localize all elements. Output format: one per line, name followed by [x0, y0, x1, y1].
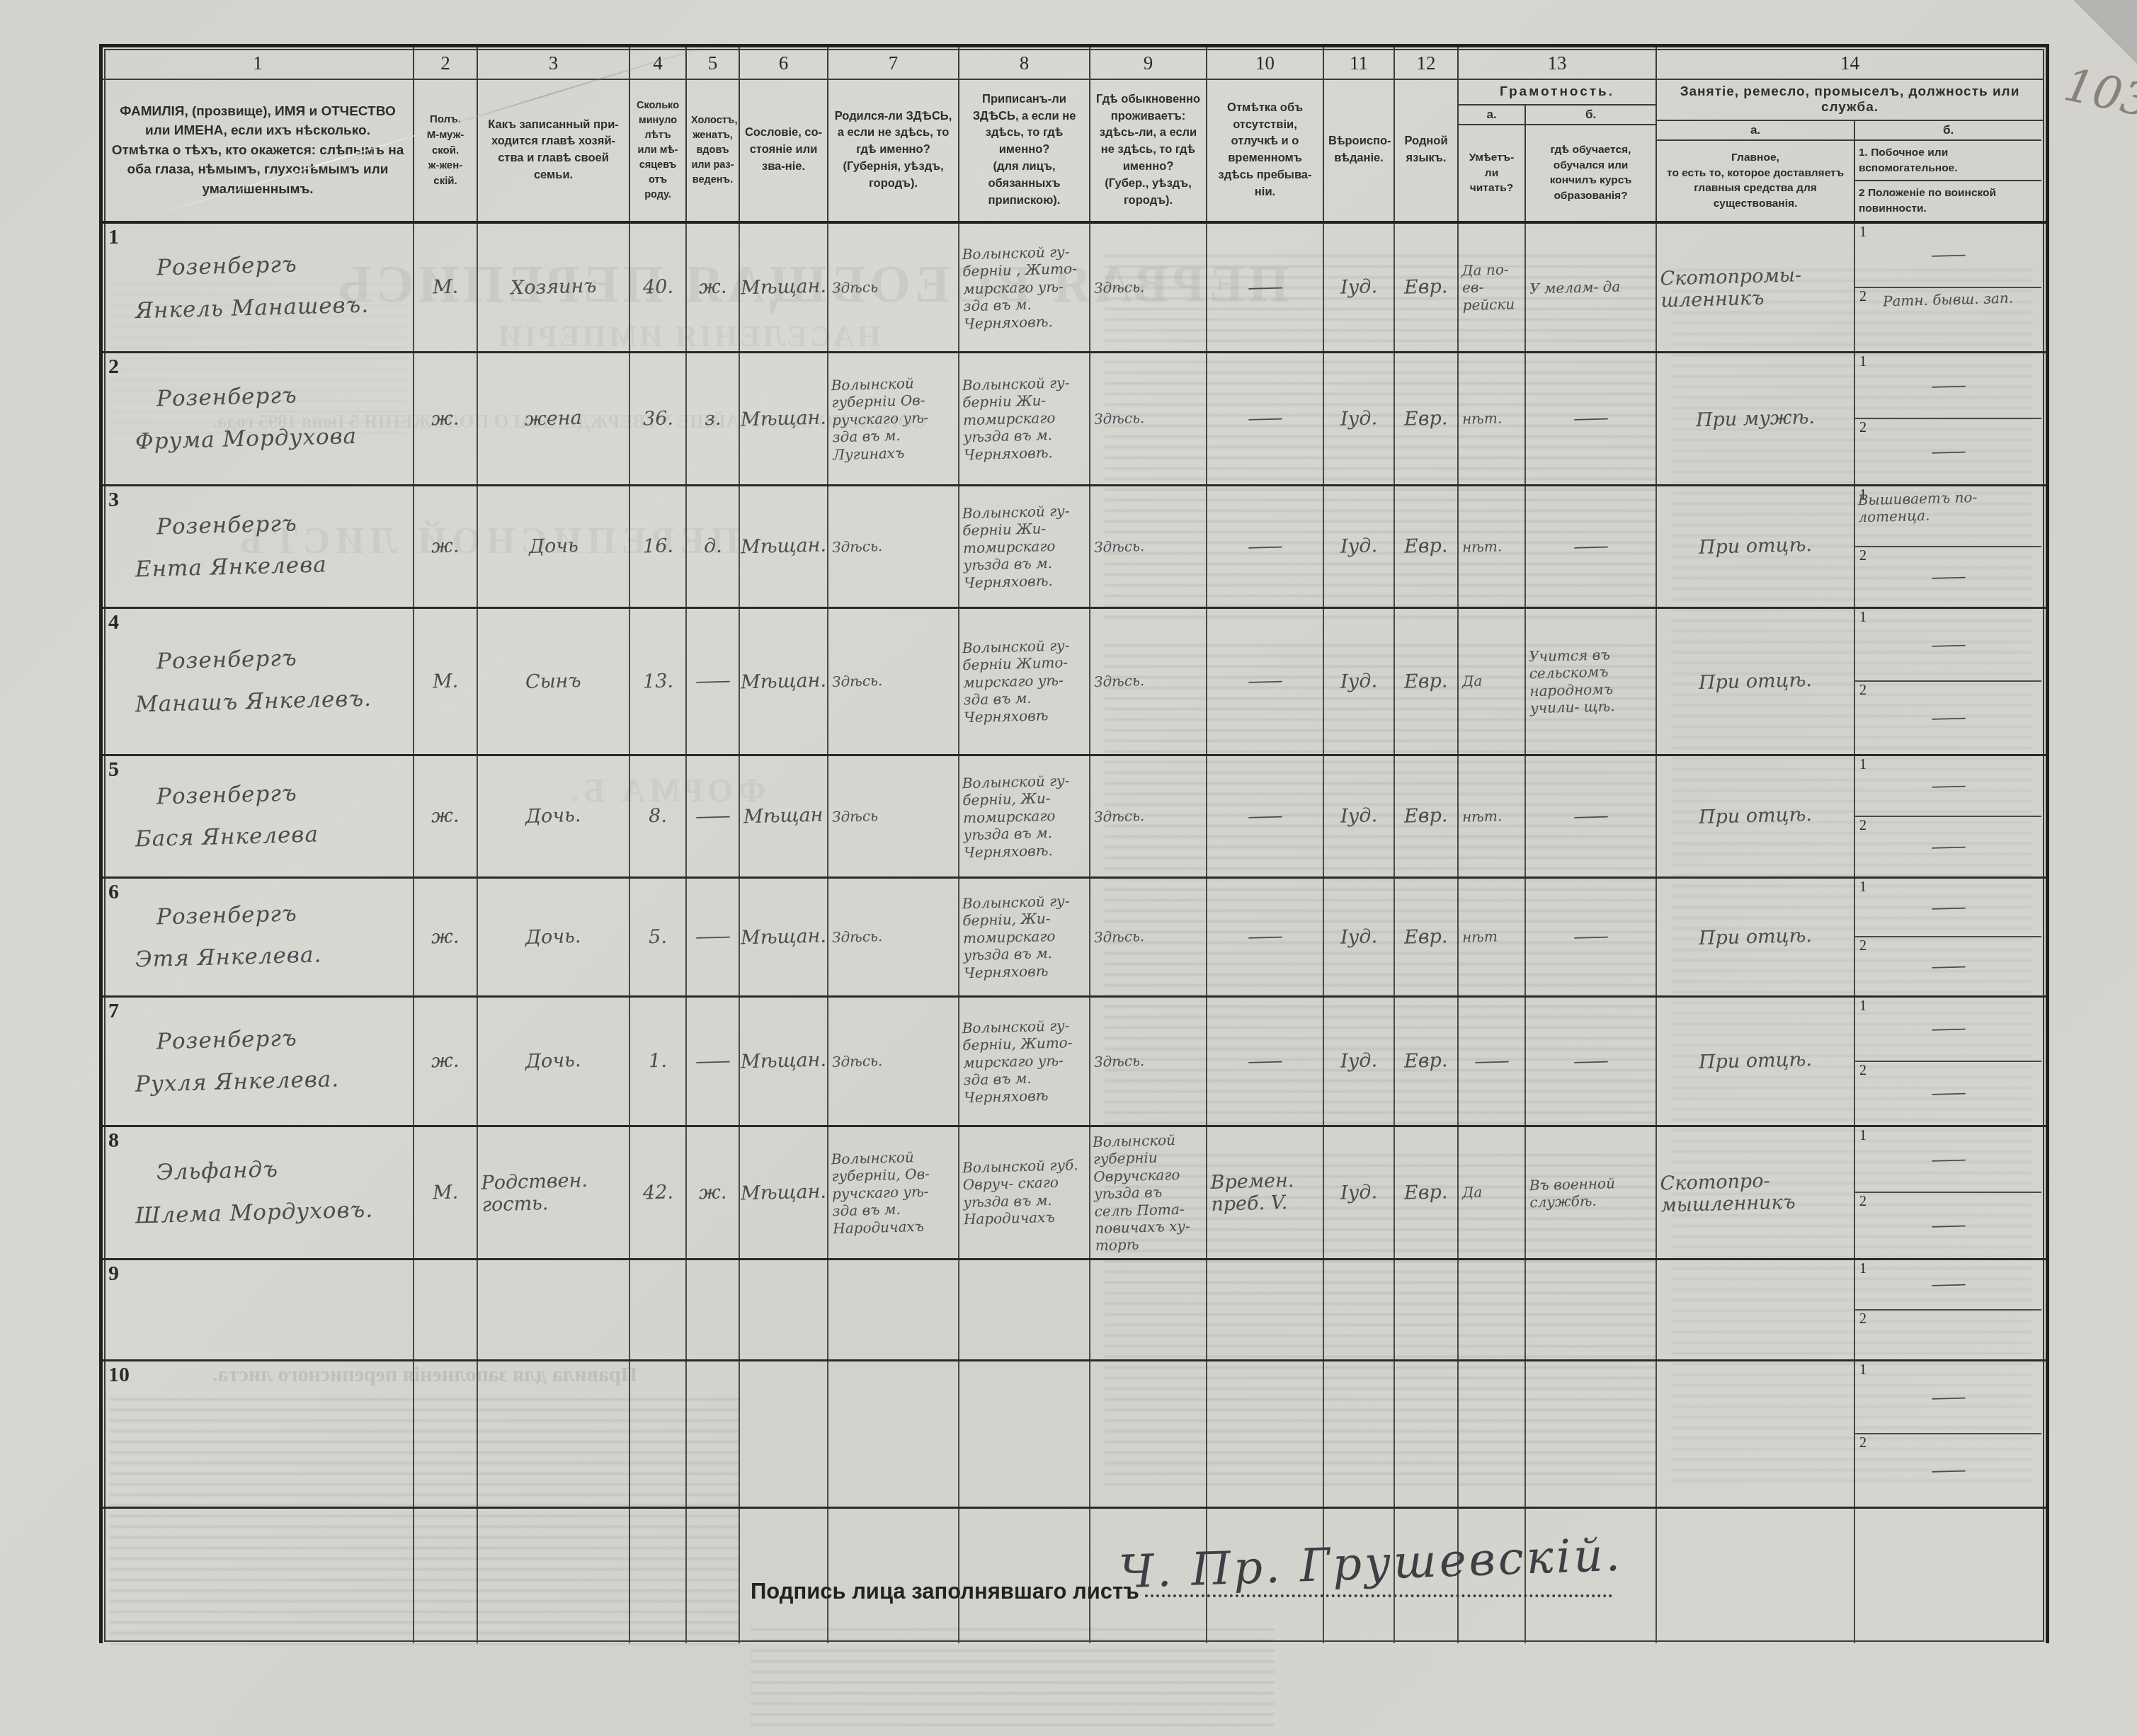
surname-handwritten: Розенбергъ — [156, 638, 297, 683]
cell-can-read: нѣт. — [1459, 486, 1526, 607]
cell-occupation-main: При отцѣ. — [1657, 486, 1855, 607]
cell-occupation-secondary: 1—2— — [1855, 1127, 2041, 1258]
cell-religion: Іуд. — [1324, 1127, 1395, 1258]
subcell-side-occupation: 1— — [1855, 1127, 2041, 1194]
row-number: 9 — [108, 1262, 119, 1286]
cell-religion: Іуд. — [1324, 756, 1395, 876]
cell-religion: Іуд. — [1324, 486, 1395, 607]
cell-estate: Мѣщан. — [740, 1127, 828, 1258]
cell-occupation-secondary: 1—2— — [1855, 1361, 2041, 1507]
cell-occupation-main: Скотопро- мышленникъ — [1657, 1127, 1855, 1258]
given-name-handwritten: Янкель Манашевъ. — [135, 284, 370, 332]
col-label: Сословіе, со-стояніе или зва-ніе. — [740, 80, 827, 221]
col-number: 1 — [103, 47, 413, 80]
cell-absence-note — [1207, 1260, 1324, 1359]
literacy-title: Грамотность. — [1459, 80, 1656, 105]
cell-birthplace: Здѣсь. — [828, 998, 959, 1125]
surname-handwritten: Розенбергъ — [156, 1017, 297, 1063]
cell-age: 1. — [630, 998, 687, 1125]
cell-residence: Здѣсь. — [1090, 879, 1207, 995]
col-number: 5 — [687, 47, 739, 80]
cell-relation: Дочь — [478, 486, 630, 607]
cell-estate: Мѣщан. — [740, 486, 828, 607]
header-col-marital: 5 Холостъ, женатъ, вдовъ или раз-веденъ. — [687, 47, 740, 221]
subcell-military-status: 2Ратн. бывш. зап. — [1855, 288, 2041, 351]
cell-estate — [740, 1260, 828, 1359]
given-name-handwritten: Бася Янкелева — [135, 813, 319, 860]
surname-handwritten: Розенбергъ — [156, 244, 297, 289]
table-header: 1 ФАМИЛІЯ, (прозвище), ИМЯ и ОТЧЕСТВО ил… — [103, 47, 2046, 224]
cell-marital-status: з. — [687, 353, 740, 484]
col-label: Полъ. М-муж-ской. ж-жен-скій. — [414, 80, 477, 221]
cell-estate: Мѣщан. — [740, 224, 828, 351]
cell-can-read — [1459, 1260, 1526, 1359]
surname-handwritten: Розенбергъ — [156, 375, 297, 421]
given-name-handwritten: Шлема Мордуховъ. — [135, 1189, 374, 1238]
cell-sex: М. — [414, 609, 478, 754]
given-name-handwritten: Ента Янкелева — [135, 544, 327, 590]
cell-marital-status: — — [687, 756, 740, 876]
sub-letter: б. — [1855, 121, 2041, 141]
surname-handwritten: Розенбергъ — [156, 893, 297, 939]
cell-sex: ж. — [414, 353, 478, 484]
sub-label: Главное, то есть то, которое доставляетъ… — [1657, 141, 1854, 221]
person-row: 5РозенбергъБася Янкелеваж.Дочь.8.—МѣщанЗ… — [103, 756, 2046, 879]
sub-label-side: 1. Побочное или вспомогательное. — [1855, 141, 2041, 181]
header-col-age: 4 Сколько минуло лѣтъ или мѣ-сяцевъ отъ … — [630, 47, 687, 221]
col-label: Родной языкъ. — [1395, 80, 1457, 221]
cell-occupation-secondary: 1—2— — [1855, 609, 2041, 754]
cell-marital-status: — — [687, 998, 740, 1125]
cell-marital-status: — — [687, 879, 740, 995]
cell-sex: М. — [414, 224, 478, 351]
occupation-sub-a: а. Главное, то есть то, которое доставля… — [1657, 121, 1855, 221]
cell-birthplace: Здѣсь. — [828, 486, 959, 607]
cell-absence-note: — — [1207, 224, 1324, 351]
cell-occupation-secondary: 1—2Ратн. бывш. зап. — [1855, 224, 2041, 351]
cell-occupation-main: При отцѣ. — [1657, 609, 1855, 754]
cell-sex: ж. — [414, 756, 478, 876]
cell-education-place: — — [1526, 998, 1657, 1125]
cell-occupation-main: При отцѣ. — [1657, 879, 1855, 995]
literacy-sub-a: а. Умѣетъ-ли читать? — [1459, 105, 1526, 221]
tail-cell — [103, 1509, 414, 1643]
cell-name: 4РозенбергъМанашъ Янкелевъ. — [103, 609, 414, 754]
header-col-birthplace: 7 Родился-ли ЗДѢСЬ, а если не здѣсь, то … — [828, 47, 959, 221]
row-number: 7 — [108, 999, 119, 1023]
printed-sub-number: 1 — [1859, 757, 1867, 773]
cell-absence-note: — — [1207, 353, 1324, 484]
tail-cell — [1657, 1509, 1855, 1643]
cell-native-language: Евр. — [1395, 998, 1459, 1125]
cell-age: 8. — [630, 756, 687, 876]
printed-sub-number: 2 — [1859, 683, 1867, 699]
cell-residence: Здѣсь. — [1090, 998, 1207, 1125]
subcell-military-status: 2— — [1855, 1193, 2041, 1258]
cell-registration-place: Волынской губ. Овруч- скаго уѣзда въ м. … — [959, 1127, 1090, 1258]
cell-estate: Мѣщан. — [740, 879, 828, 995]
person-row: 7РозенбергъРухля Янкелева.ж.Дочь.1.—Мѣща… — [103, 998, 2046, 1127]
cell-native-language: Евр. — [1395, 486, 1459, 607]
cell-native-language: Евр. — [1395, 224, 1459, 351]
subcell-side-occupation: 1Вышиваетъ по- лотенца. — [1855, 486, 2041, 547]
cell-marital-status — [687, 1361, 740, 1507]
sub-label: Умѣетъ-ли читать? — [1459, 125, 1525, 221]
table-body: 1РозенбергъЯнкель Манашевъ.М.Хозяинъ40.ж… — [103, 224, 2046, 1509]
col-label: Отмѣтка объ отсутствіи, отлучкѣ и о врем… — [1207, 80, 1323, 221]
col-number: 6 — [740, 47, 827, 80]
cell-estate: Мѣщан. — [740, 998, 828, 1125]
cell-age: 40. — [630, 224, 687, 351]
tail-cell — [687, 1509, 740, 1643]
row-number: 10 — [108, 1363, 130, 1387]
col-number: 13 — [1459, 47, 1656, 80]
cell-occupation-main — [1657, 1260, 1855, 1359]
printed-sub-number: 1 — [1859, 1261, 1867, 1277]
cell-occupation-main — [1657, 1361, 1855, 1507]
cell-relation: Родствен. гость. — [478, 1127, 630, 1258]
col-number: 3 — [478, 47, 629, 80]
cell-absence-note: Времен. преб. V. — [1207, 1127, 1324, 1258]
printed-sub-number: 2 — [1859, 1194, 1867, 1210]
cell-occupation-secondary: 1—2 — [1855, 1260, 2041, 1359]
person-row: 91—2 — [103, 1260, 2046, 1361]
cell-can-read: нѣт — [1459, 879, 1526, 995]
cell-name: 9 — [103, 1260, 414, 1359]
person-row: 6РозенбергъЭтя Янкелева.ж.Дочь.5.—Мѣщан.… — [103, 879, 2046, 998]
printed-sub-number: 2 — [1859, 289, 1867, 305]
cell-registration-place — [959, 1260, 1090, 1359]
literacy-sub-b: б. гдѣ обучается, обучался или кончилъ к… — [1526, 105, 1656, 221]
cell-education-place — [1526, 1361, 1657, 1507]
cell-name: 3РозенбергъЕнта Янкелева — [103, 486, 414, 607]
cell-registration-place: Волынской гу- берніи , Жито- мирскаго уѣ… — [959, 224, 1090, 351]
header-col-absence: 10 Отмѣтка объ отсутствіи, отлучкѣ и о в… — [1207, 47, 1324, 221]
cell-name: 5РозенбергъБася Янкелева — [103, 756, 414, 876]
header-col-occupation: 14 Занятіе, ремесло, промыселъ, должност… — [1657, 47, 2043, 221]
person-row: 101—2— — [103, 1361, 2046, 1509]
col-label: Сколько минуло лѣтъ или мѣ-сяцевъ отъ ро… — [630, 80, 685, 221]
given-name-handwritten: Фрума Мордухова — [135, 416, 358, 463]
given-name-handwritten: Рухля Янкелева. — [135, 1058, 340, 1105]
cell-birthplace: Волынской губерніи, Ов- ручскаго уѣ- зда… — [828, 1127, 959, 1258]
cell-estate: Мѣщан. — [740, 609, 828, 754]
sub-label-military: 2 Положеніе по воинской повинности. — [1855, 181, 2041, 220]
tail-cell — [414, 1509, 478, 1643]
cell-name: 10 — [103, 1361, 414, 1507]
cell-sex: ж. — [414, 486, 478, 607]
subcell-military-status: 2— — [1855, 937, 2041, 995]
cell-native-language — [1395, 1260, 1459, 1359]
corner-fold — [2073, 0, 2137, 64]
tail-cell — [740, 1509, 828, 1643]
cell-occupation-main: Скотопромы- шленникъ — [1657, 224, 1855, 351]
cell-religion: Іуд. — [1324, 609, 1395, 754]
cell-registration-place: Волынской гу- берніи Жито- мирскаго уѣ- … — [959, 609, 1090, 754]
cell-relation: Дочь. — [478, 998, 630, 1125]
cell-birthplace: Волынской губерніи Ов- ручскаго уѣ- зда … — [828, 353, 959, 484]
printed-sub-number: 2 — [1859, 1435, 1867, 1451]
header-col-sex: 2 Полъ. М-муж-ской. ж-жен-скій. — [414, 47, 478, 221]
cell-relation — [478, 1361, 630, 1507]
cell-relation: Дочь. — [478, 756, 630, 876]
cell-marital-status: ж. — [687, 224, 740, 351]
cell-absence-note: — — [1207, 486, 1324, 607]
cell-occupation-main: При мужѣ. — [1657, 353, 1855, 484]
cell-birthplace: Здѣсь. — [828, 879, 959, 995]
cell-name: 7РозенбергъРухля Янкелева. — [103, 998, 414, 1125]
cell-age — [630, 1260, 687, 1359]
printed-sub-number: 2 — [1859, 1311, 1867, 1327]
cell-residence — [1090, 1260, 1207, 1359]
subcell-military-status: 2— — [1855, 547, 2041, 607]
col-label: Родился-ли ЗДѢСЬ, а если не здѣсь, то гд… — [828, 80, 958, 221]
cell-occupation-main: При отцѣ. — [1657, 756, 1855, 876]
cell-residence: Здѣсь. — [1090, 609, 1207, 754]
header-col-registration: 8 Приписанъ-ли ЗДѢСЬ, а если не здѣсь, т… — [959, 47, 1090, 221]
col-number: 10 — [1207, 47, 1323, 80]
cell-can-read: Да по-ев- рейски — [1459, 224, 1526, 351]
row-number: 4 — [108, 610, 119, 634]
row-number: 3 — [108, 488, 119, 512]
page-number-pencil: 103 — [2060, 59, 2137, 128]
printed-sub-number: 2 — [1859, 1063, 1867, 1079]
header-col-name: 1 ФАМИЛІЯ, (прозвище), ИМЯ и ОТЧЕСТВО ил… — [103, 47, 414, 221]
cell-relation: Дочь. — [478, 879, 630, 995]
signature-block: Подпись лица заполнявшаго листъ Ч. Пр. Г… — [751, 1579, 1742, 1604]
cell-occupation-secondary: 1Вышиваетъ по- лотенца.2— — [1855, 486, 2041, 607]
subcell-side-occupation: 1— — [1855, 1260, 2041, 1310]
cell-registration-place — [959, 1361, 1090, 1507]
tail-cell — [959, 1509, 1090, 1643]
cell-marital-status: ж. — [687, 1127, 740, 1258]
cell-can-read: Да — [1459, 609, 1526, 754]
cell-name: 1РозенбергъЯнкель Манашевъ. — [103, 224, 414, 351]
surname-handwritten: Эльфандъ — [156, 1149, 278, 1194]
cell-relation: Сынъ — [478, 609, 630, 754]
cell-religion: Іуд. — [1324, 353, 1395, 484]
cell-name: 2РозенбергъФрума Мордухова — [103, 353, 414, 484]
subcell-side-occupation: 1— — [1855, 224, 2041, 288]
cell-registration-place: Волынской гу- берніи, Жи- томирскаго уѣз… — [959, 879, 1090, 995]
cell-age: 42. — [630, 1127, 687, 1258]
col-label: Какъ записанный при-ходится главѣ хозяй-… — [478, 80, 629, 221]
cell-residence: Здѣсь. — [1090, 486, 1207, 607]
signature-label: Подпись лица заполнявшаго листъ — [751, 1579, 1139, 1604]
person-row: 4РозенбергъМанашъ Янкелевъ.М.Сынъ13.—Мѣщ… — [103, 609, 2046, 756]
subcell-side-occupation: 1— — [1855, 353, 2041, 420]
cell-occupation-secondary: 1—2— — [1855, 353, 2041, 484]
cell-residence: Волынской губерніи Овручскаго уѣзда въ с… — [1090, 1127, 1207, 1258]
occupation-sub-b: б. 1. Побочное или вспомогательное. 2 По… — [1855, 121, 2041, 221]
cell-native-language: Евр. — [1395, 1127, 1459, 1258]
cell-can-read: нѣт. — [1459, 353, 1526, 484]
cell-religion — [1324, 1260, 1395, 1359]
subcell-side-occupation: 1— — [1855, 1361, 2041, 1435]
col-label: Вѣроиспо-вѣданіе. — [1324, 80, 1394, 221]
cell-occupation-main: При отцѣ. — [1657, 998, 1855, 1125]
printed-sub-number: 2 — [1859, 420, 1867, 436]
cell-education-place: У мелам- да — [1526, 224, 1657, 351]
header-col-residence: 9 Гдѣ обыкновенно проживаетъ: здѣсь-ли, … — [1090, 47, 1207, 221]
subcell-side-occupation: 1— — [1855, 756, 2041, 817]
row-number: 8 — [108, 1129, 119, 1153]
scanned-census-sheet: ПЕРВАЯ ВСЕОБЩАЯ ПЕРЕПИСЬ НАСЕЛЕНІЯ ИМПЕР… — [0, 0, 2137, 1736]
cell-sex: М. — [414, 1127, 478, 1258]
cell-occupation-secondary: 1—2— — [1855, 998, 2041, 1125]
cell-religion: Іуд. — [1324, 998, 1395, 1125]
cell-registration-place: Волынской гу- берніи Жи- томирскаго уѣзд… — [959, 353, 1090, 484]
col-number: 4 — [630, 47, 685, 80]
cell-absence-note — [1207, 1361, 1324, 1507]
row-number: 6 — [108, 880, 119, 904]
printed-sub-number: 1 — [1859, 354, 1867, 370]
cell-registration-place: Волынской гу- берніи, Жито- мирскаго уѣ-… — [959, 998, 1090, 1125]
cell-relation: жена — [478, 353, 630, 484]
cell-marital-status — [687, 1260, 740, 1359]
person-row: 8ЭльфандъШлема Мордуховъ.М.Родствен. гос… — [103, 1127, 2046, 1260]
sub-letter: а. — [1459, 105, 1525, 125]
census-form-table: 1 ФАМИЛІЯ, (прозвище), ИМЯ и ОТЧЕСТВО ил… — [99, 44, 2049, 1643]
cell-registration-place: Волынской гу- берніи, Жи- томирскаго уѣз… — [959, 756, 1090, 876]
tail-cell — [478, 1509, 630, 1643]
printed-sub-number: 2 — [1859, 938, 1867, 954]
subcell-military-status: 2— — [1855, 682, 2041, 754]
col-number: 11 — [1324, 47, 1394, 80]
cell-age — [630, 1361, 687, 1507]
cell-education-place: Учится въ сельскомъ народномъ учили- щѣ. — [1526, 609, 1657, 754]
cell-relation: Хозяинъ — [478, 224, 630, 351]
header-col-language: 12 Родной языкъ. — [1395, 47, 1459, 221]
subcell-side-occupation: 1— — [1855, 609, 2041, 683]
cell-education-place — [1526, 1260, 1657, 1359]
cell-native-language: Евр. — [1395, 756, 1459, 876]
cell-age: 16. — [630, 486, 687, 607]
cell-sex: ж. — [414, 998, 478, 1125]
sub-label: гдѣ обучается, обучался или кончилъ курс… — [1526, 125, 1656, 221]
row-number: 1 — [108, 225, 119, 249]
cell-relation — [478, 1260, 630, 1359]
col-label: Гдѣ обыкновенно проживаетъ: здѣсь-ли, а … — [1090, 80, 1206, 221]
printed-sub-number: 1 — [1859, 224, 1867, 241]
cell-absence-note: — — [1207, 756, 1324, 876]
cell-absence-note: — — [1207, 998, 1324, 1125]
cell-absence-note: — — [1207, 879, 1324, 995]
subcell-side-occupation: 1— — [1855, 998, 2041, 1062]
cell-native-language: Евр. — [1395, 353, 1459, 484]
cell-sex — [414, 1260, 478, 1359]
header-col-estate: 6 Сословіе, со-стояніе или зва-ніе. — [740, 47, 828, 221]
cell-marital-status: — — [687, 609, 740, 754]
tail-cell — [828, 1509, 959, 1643]
person-row: 1РозенбергъЯнкель Манашевъ.М.Хозяинъ40.ж… — [103, 224, 2046, 353]
cell-birthplace: Здѣсь — [828, 756, 959, 876]
cell-native-language: Евр. — [1395, 879, 1459, 995]
surname-handwritten: Розенбергъ — [156, 503, 297, 548]
subcell-military-status: 2— — [1855, 1434, 2041, 1507]
cell-can-read: — — [1459, 998, 1526, 1125]
col-label: Приписанъ-ли ЗДѢСЬ, а если не здѣсь, то … — [959, 80, 1089, 221]
cell-education-place: — — [1526, 353, 1657, 484]
cell-can-read: нѣт. — [1459, 756, 1526, 876]
cell-education-place: — — [1526, 486, 1657, 607]
header-col-literacy: 13 Грамотность. а. Умѣетъ-ли читать? б. … — [1459, 47, 1657, 221]
cell-birthplace — [828, 1260, 959, 1359]
cell-residence: Здѣсь. — [1090, 756, 1207, 876]
sub-letter: б. — [1526, 105, 1656, 125]
cell-sex — [414, 1361, 478, 1507]
cell-occupation-secondary: 1—2— — [1855, 756, 2041, 876]
cell-education-place: — — [1526, 756, 1657, 876]
header-col-relation: 3 Какъ записанный при-ходится главѣ хозя… — [478, 47, 630, 221]
cell-education-place: Въ военной службѣ. — [1526, 1127, 1657, 1258]
cell-native-language: Евр. — [1395, 609, 1459, 754]
header-col-religion: 11 Вѣроиспо-вѣданіе. — [1324, 47, 1395, 221]
cell-age: 36. — [630, 353, 687, 484]
row-number: 5 — [108, 758, 119, 782]
subcell-side-occupation: 1— — [1855, 879, 2041, 938]
surname-handwritten: Розенбергъ — [156, 772, 297, 818]
col-number: 2 — [414, 47, 477, 80]
cell-estate: Мѣщан. — [740, 353, 828, 484]
printed-sub-number: 1 — [1859, 879, 1867, 896]
cell-can-read — [1459, 1361, 1526, 1507]
cell-education-place: — — [1526, 879, 1657, 995]
cell-birthplace: Здѣсь. — [828, 609, 959, 754]
given-name-handwritten: Этя Янкелева. — [135, 935, 322, 981]
cell-absence-note: — — [1207, 609, 1324, 754]
cell-estate — [740, 1361, 828, 1507]
occupation-title: Занятіе, ремесло, промыселъ, должность и… — [1657, 80, 2043, 121]
cell-residence: Здѣсь. — [1090, 224, 1207, 351]
cell-residence: Здѣсь. — [1090, 353, 1207, 484]
cell-religion: Іуд. — [1324, 879, 1395, 995]
printed-sub-number: 1 — [1859, 1128, 1867, 1144]
col-number: 8 — [959, 47, 1089, 80]
cell-can-read: Да — [1459, 1127, 1526, 1258]
col-number: 14 — [1657, 47, 2043, 80]
cell-birthplace: Здѣсь — [828, 224, 959, 351]
cell-religion: Іуд. — [1324, 224, 1395, 351]
printed-sub-number: 2 — [1859, 548, 1867, 564]
printed-sub-number: 1 — [1859, 610, 1867, 626]
cell-name: 8ЭльфандъШлема Мордуховъ. — [103, 1127, 414, 1258]
col-number: 9 — [1090, 47, 1206, 80]
tail-cell — [1855, 1509, 2041, 1643]
cell-name: 6РозенбергъЭтя Янкелева. — [103, 879, 414, 995]
cell-residence — [1090, 1361, 1207, 1507]
ghost-paragraph-block — [751, 1628, 1275, 1728]
sub-letter: а. — [1657, 121, 1854, 141]
cell-occupation-secondary: 1—2— — [1855, 879, 2041, 995]
cell-religion — [1324, 1361, 1395, 1507]
col-number: 12 — [1395, 47, 1457, 80]
subcell-military-status: 2 — [1855, 1310, 2041, 1359]
subcell-military-status: 2— — [1855, 419, 2041, 484]
printed-sub-number: 1 — [1859, 1362, 1867, 1378]
table-tail — [103, 1509, 2046, 1643]
col-number: 7 — [828, 47, 958, 80]
tail-cell — [630, 1509, 687, 1643]
subcell-military-status: 2— — [1855, 817, 2041, 876]
cell-birthplace — [828, 1361, 959, 1507]
row-number: 2 — [108, 355, 119, 379]
printed-sub-number: 1 — [1859, 998, 1867, 1015]
cell-sex: ж. — [414, 879, 478, 995]
printed-sub-number: 2 — [1859, 818, 1867, 834]
cell-estate: Мѣщан — [740, 756, 828, 876]
cell-native-language — [1395, 1361, 1459, 1507]
